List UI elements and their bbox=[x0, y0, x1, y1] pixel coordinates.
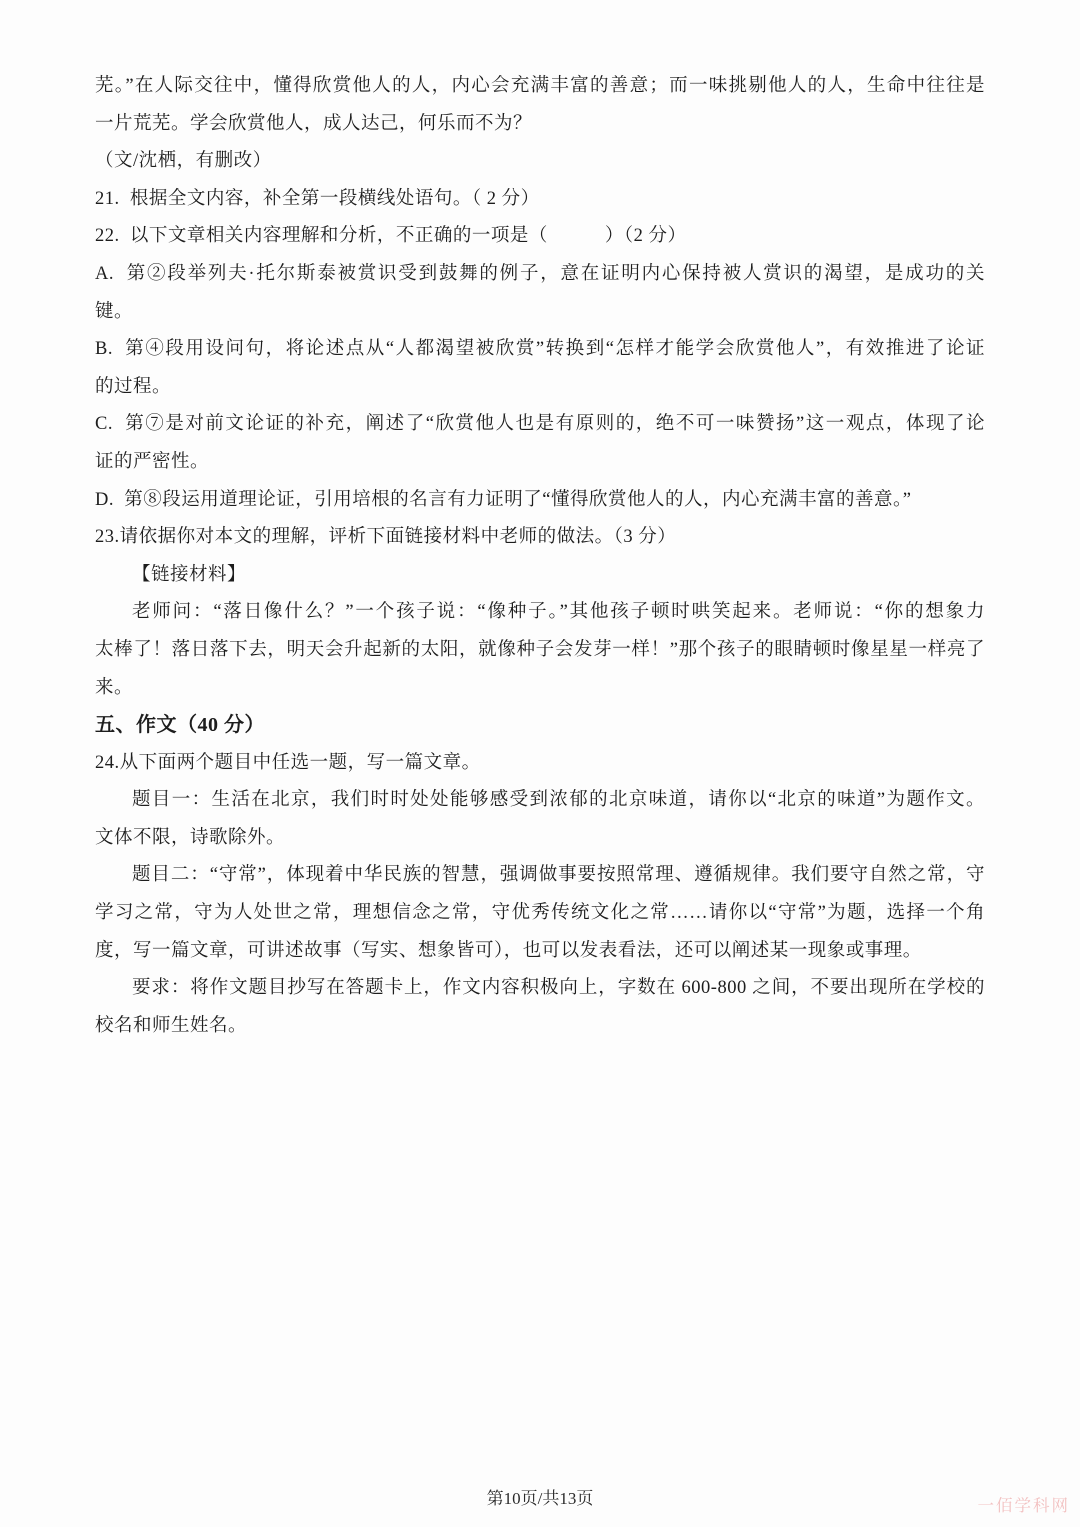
passage-line: 芜。”在人际交往中，懂得欣赏他人的人，内心会充满丰富的善意；而一味挑剔他人的人，… bbox=[95, 68, 985, 106]
question-22: 22. 以下文章相关内容理解和分析，不正确的一项是（ ）（2 分） bbox=[95, 218, 985, 256]
requirements-line: 校名和师生姓名。 bbox=[95, 1008, 985, 1046]
page-footer: 第10页/共13页 bbox=[0, 1484, 1080, 1509]
linked-material-line: 来。 bbox=[95, 670, 985, 708]
question-21: 21. 根据全文内容，补全第一段横线处语句。（ 2 分） bbox=[95, 181, 985, 219]
option-b: B. 第④段用设问句，将论述点从“人都渴望被欣赏”转换到“怎样才能学会欣赏他人”… bbox=[95, 331, 985, 369]
document-body: 芜。”在人际交往中，懂得欣赏他人的人，内心会充满丰富的善意；而一味挑剔他人的人，… bbox=[95, 68, 985, 1045]
page-indicator: 第10页/共13页 bbox=[487, 1489, 594, 1508]
question-23: 23.请依据你对本文的理解，评析下面链接材料中老师的做法。（3 分） bbox=[95, 519, 985, 557]
option-c-continuation: 证的严密性。 bbox=[95, 444, 985, 482]
linked-material-label: 【链接材料】 bbox=[95, 557, 985, 595]
watermark: 一佰学科网 bbox=[978, 1492, 1071, 1516]
option-d: D. 第⑧段运用道理论证，引用培根的名言有力证明了“懂得欣赏他人的人，内心充满丰… bbox=[95, 482, 985, 520]
option-b-continuation: 的过程。 bbox=[95, 369, 985, 407]
option-a-continuation: 键。 bbox=[95, 294, 985, 332]
section-heading: 五、作文（40 分） bbox=[95, 707, 985, 745]
option-a: A. 第②段举列夫·托尔斯泰被赏识受到鼓舞的例子，意在证明内心保持被人赏识的渴望… bbox=[95, 256, 985, 294]
topic-two-line: 学习之常，守为人处世之常，理想信念之常，守优秀传统文化之常……请你以“守常”为题… bbox=[95, 895, 985, 933]
option-c: C. 第⑦是对前文论证的补充，阐述了“欣赏他人也是有原则的，绝不可一味赞扬”这一… bbox=[95, 406, 985, 444]
exam-page: 芜。”在人际交往中，懂得欣赏他人的人，内心会充满丰富的善意；而一味挑剔他人的人，… bbox=[0, 0, 1080, 1527]
requirements-line: 要求：将作文题目抄写在答题卡上，作文内容积极向上，字数在 600-800 之间，… bbox=[95, 970, 985, 1008]
linked-material-line: 老师问：“落日像什么？”一个孩子说：“像种子。”其他孩子顿时哄笑起来。老师说：“… bbox=[95, 594, 985, 632]
passage-line: 一片荒芜。学会欣赏他人，成人达己，何乐而不为？ bbox=[95, 106, 985, 144]
topic-two-line: 度，写一篇文章，可讲述故事（写实、想象皆可），也可以发表看法，还可以阐述某一现象… bbox=[95, 933, 985, 971]
topic-one-line: 题目一：生活在北京，我们时时处处能够感受到浓郁的北京味道，请你以“北京的味道”为… bbox=[95, 782, 985, 820]
topic-one-line: 文体不限，诗歌除外。 bbox=[95, 820, 985, 858]
source-attribution: （文/沈栖，有删改） bbox=[95, 143, 985, 181]
linked-material-line: 太棒了！落日落下去，明天会升起新的太阳，就像种子会发芽一样！”那个孩子的眼睛顿时… bbox=[95, 632, 985, 670]
question-24: 24.从下面两个题目中任选一题，写一篇文章。 bbox=[95, 745, 985, 783]
topic-two-line: 题目二：“守常”，体现着中华民族的智慧，强调做事要按照常理、遵循规律。我们要守自… bbox=[95, 857, 985, 895]
